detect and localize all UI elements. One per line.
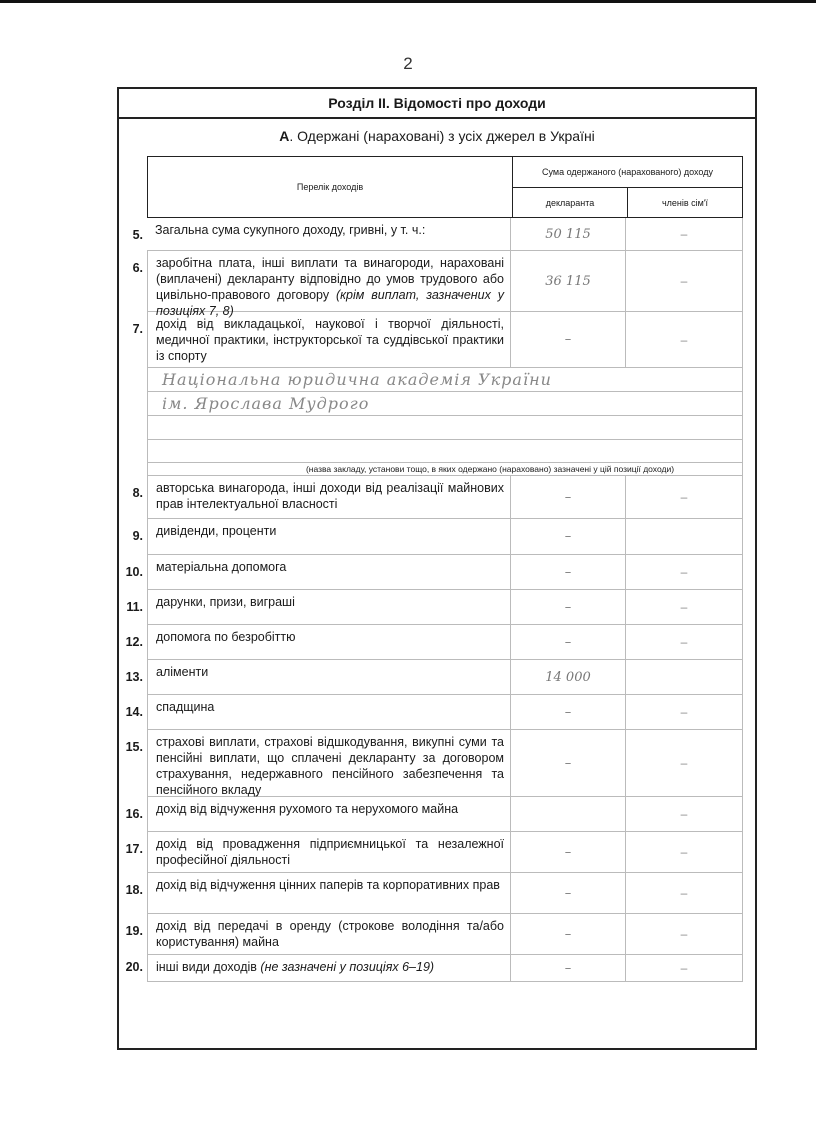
- family-value: –: [626, 476, 743, 518]
- row-number: 13.: [121, 670, 143, 684]
- row-label: дохід від відчуження цінних паперів та к…: [147, 873, 511, 913]
- family-value: –: [626, 873, 743, 913]
- family-value: –: [626, 218, 743, 250]
- declarant-value: –: [511, 312, 626, 367]
- declarant-value: –: [511, 832, 626, 872]
- row-label: дохід від викладацької, наукової і творч…: [147, 312, 511, 367]
- row-label: дохід від відчуження рухомого та нерухом…: [147, 797, 511, 831]
- row-label: допомога по безробіттю: [147, 625, 511, 659]
- institution-line-2: ім. Ярослава Мудрого: [162, 394, 369, 413]
- table-row: 11.дарунки, призи, виграші––: [147, 590, 743, 625]
- header-income-list: Перелік доходів: [148, 157, 513, 217]
- row-label: Загальна сума сукупного доходу, гривні, …: [147, 218, 511, 250]
- declarant-value: [511, 797, 626, 831]
- section-title: Розділ II. Відомості про доходи: [119, 89, 755, 119]
- subsection-text: . Одержані (нараховані) з усіх джерел в …: [289, 128, 594, 144]
- header-declarant: декларанта: [513, 188, 628, 217]
- family-value: –: [626, 730, 743, 796]
- row-number: 10.: [121, 565, 143, 579]
- table-row: 10.матеріальна допомога––: [147, 555, 743, 590]
- table-row: 5.Загальна сума сукупного доходу, гривні…: [147, 218, 743, 251]
- declarant-value: –: [511, 914, 626, 954]
- table-row: 12.допомога по безробіттю––: [147, 625, 743, 660]
- income-table: Перелік доходів Сума одержаного (нарахов…: [147, 156, 743, 982]
- row-label-note: (не зазначені у позиціях 6–19): [260, 960, 434, 974]
- row-label: дивіденди, проценти: [147, 519, 511, 554]
- table-row: 7.дохід від викладацької, наукової і тво…: [147, 312, 743, 368]
- row-number: 8.: [121, 486, 143, 500]
- row-number: 9.: [121, 529, 143, 543]
- table-row: 13.аліменти14 000: [147, 660, 743, 695]
- declarant-value: –: [511, 730, 626, 796]
- table-row: 9.дивіденди, проценти–: [147, 519, 743, 555]
- row-label: авторська винагорода, інші доходи від ре…: [147, 476, 511, 518]
- row-label: дарунки, призи, виграші: [147, 590, 511, 624]
- table-row: 14.спадщина––: [147, 695, 743, 730]
- row-label: спадщина: [147, 695, 511, 729]
- table-row: 6.заробітна плата, інші виплати та винаг…: [147, 251, 743, 312]
- table-row: 19.дохід від передачі в оренду (строкове…: [147, 914, 743, 955]
- declarant-value: –: [511, 873, 626, 913]
- declarant-value: –: [511, 590, 626, 624]
- family-value: –: [626, 251, 743, 311]
- declarant-value: 36 115: [511, 251, 626, 311]
- subsection-title: А. Одержані (нараховані) з усіх джерел в…: [119, 128, 755, 150]
- declarant-value: –: [511, 519, 626, 554]
- declarant-value: –: [511, 695, 626, 729]
- row-number: 6.: [121, 261, 143, 275]
- family-value: [626, 519, 743, 554]
- family-value: –: [626, 797, 743, 831]
- scan-top-edge: [0, 0, 816, 3]
- subsection-letter: А: [279, 128, 289, 144]
- family-value: –: [626, 312, 743, 367]
- declarant-value: 14 000: [511, 660, 626, 694]
- table-row: 17.дохід від провадження підприємницької…: [147, 832, 743, 873]
- table-row: 18.дохід від відчуження цінних паперів т…: [147, 873, 743, 914]
- declarant-value: 50 115: [511, 218, 626, 250]
- row-number: 14.: [121, 705, 143, 719]
- row-number: 15.: [121, 740, 143, 754]
- family-value: –: [626, 625, 743, 659]
- row-label: матеріальна допомога: [147, 555, 511, 589]
- family-value: –: [626, 590, 743, 624]
- declarant-value: –: [511, 625, 626, 659]
- row-label: дохід від передачі в оренду (строкове во…: [147, 914, 511, 954]
- declarant-value: –: [511, 955, 626, 981]
- institution-caption: (назва закладу, установи тощо, в яких од…: [148, 463, 742, 475]
- row-label: заробітна плата, інші виплати та винагор…: [147, 251, 511, 311]
- table-header: Перелік доходів Сума одержаного (нарахов…: [147, 156, 743, 218]
- row-number: 7.: [121, 322, 143, 336]
- row-label: дохід від провадження підприємницької та…: [147, 832, 511, 872]
- row-number: 19.: [121, 924, 143, 938]
- family-value: –: [626, 695, 743, 729]
- institution-line-1: Національна юридична академія України: [162, 370, 552, 389]
- family-value: –: [626, 955, 743, 981]
- header-family: членів сім'ї: [628, 188, 742, 217]
- family-value: –: [626, 555, 743, 589]
- row-number: 5.: [121, 228, 143, 242]
- row-label: аліменти: [147, 660, 511, 694]
- section-frame: Розділ II. Відомості про доходи А. Одерж…: [117, 87, 757, 1050]
- page-number: 2: [0, 54, 816, 74]
- row-number: 16.: [121, 807, 143, 821]
- row-number: 17.: [121, 842, 143, 856]
- declarant-value: –: [511, 555, 626, 589]
- row-label: страхові виплати, страхові відшкодування…: [147, 730, 511, 796]
- header-sum: Сума одержаного (нарахованого) доходу: [513, 157, 742, 188]
- row-number: 18.: [121, 883, 143, 897]
- table-row: 16.дохід від відчуження рухомого та неру…: [147, 797, 743, 832]
- family-value: –: [626, 914, 743, 954]
- institution-block: Національна юридична академія України ім…: [147, 368, 743, 475]
- row-number: 12.: [121, 635, 143, 649]
- declarant-value: –: [511, 476, 626, 518]
- row-number: 20.: [121, 960, 143, 974]
- row-number: 11.: [121, 600, 143, 614]
- family-value: [626, 660, 743, 694]
- table-row: 20.інші види доходів (не зазначені у поз…: [147, 955, 743, 982]
- family-value: –: [626, 832, 743, 872]
- table-row: 15.страхові виплати, страхові відшкодува…: [147, 730, 743, 797]
- table-row: 8.авторська винагорода, інші доходи від …: [147, 476, 743, 519]
- row-label: інші види доходів (не зазначені у позиці…: [147, 955, 511, 981]
